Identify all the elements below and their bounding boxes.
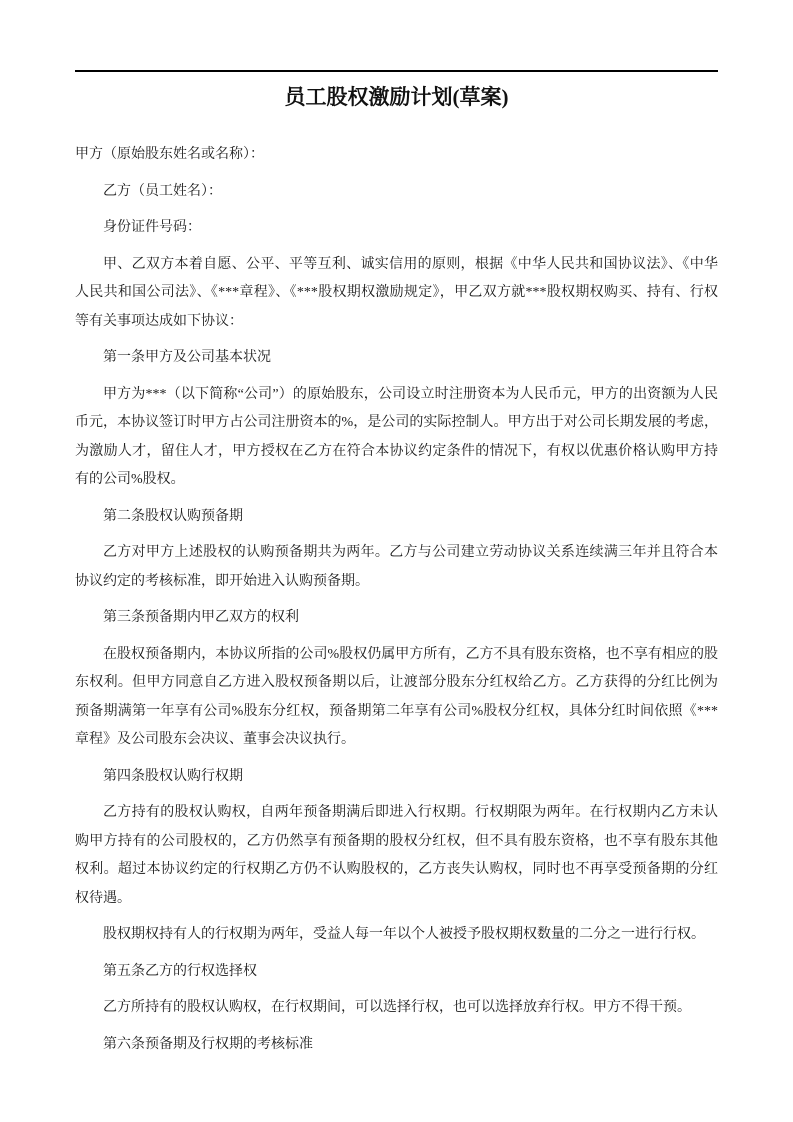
party-line-jiafang: 甲方（原始股东姓名或名称）： <box>75 141 718 170</box>
clause-1-heading: 第一条甲方及公司基本状况 <box>75 344 718 373</box>
clause-4-body: 乙方持有的股权认购权，自两年预备期满后即进入行权期。行权期限为两年。在行权期内乙… <box>75 799 718 913</box>
clause-5-heading: 第五条乙方的行权选择权 <box>75 958 718 987</box>
document-title: 员工股权激励计划(草案) <box>75 83 718 111</box>
clause-4-body-2: 股权期权持有人的行权期为两年，受益人每一年以个人被授予股权期权数量的二分之一进行… <box>75 921 718 950</box>
clause-2-body: 乙方对甲方上述股权的认购预备期共为两年。乙方与公司建立劳动协议关系连续满三年并且… <box>75 539 718 596</box>
clause-6-heading: 第六条预备期及行权期的考核标准 <box>75 1031 718 1060</box>
clause-4-heading: 第四条股权认购行权期 <box>75 763 718 792</box>
party-line-id-number: 身份证件号码： <box>75 214 718 243</box>
preamble-paragraph: 甲、乙双方本着自愿、公平、平等互利、诚实信用的原则，根据《中华人民共和国协议法》… <box>75 251 718 337</box>
clause-5-body: 乙方所持有的股权认购权，在行权期间，可以选择行权，也可以选择放弃行权。甲方不得干… <box>75 994 718 1023</box>
party-line-yifang: 乙方（员工姓名）： <box>75 178 718 207</box>
clause-1-body: 甲方为***（以下简称“公司”）的原始股东，公司设立时注册资本为人民币元，甲方的… <box>75 381 718 495</box>
clause-3-body: 在股权预备期内，本协议所指的公司%股权仍属甲方所有，乙方不具有股东资格，也不享有… <box>75 641 718 755</box>
document-page: 员工股权激励计划(草案) 甲方（原始股东姓名或名称）： 乙方（员工姓名）： 身份… <box>0 0 793 1122</box>
clause-3-heading: 第三条预备期内甲乙双方的权利 <box>75 604 718 633</box>
clause-2-heading: 第二条股权认购预备期 <box>75 503 718 532</box>
header-rule <box>75 70 718 72</box>
